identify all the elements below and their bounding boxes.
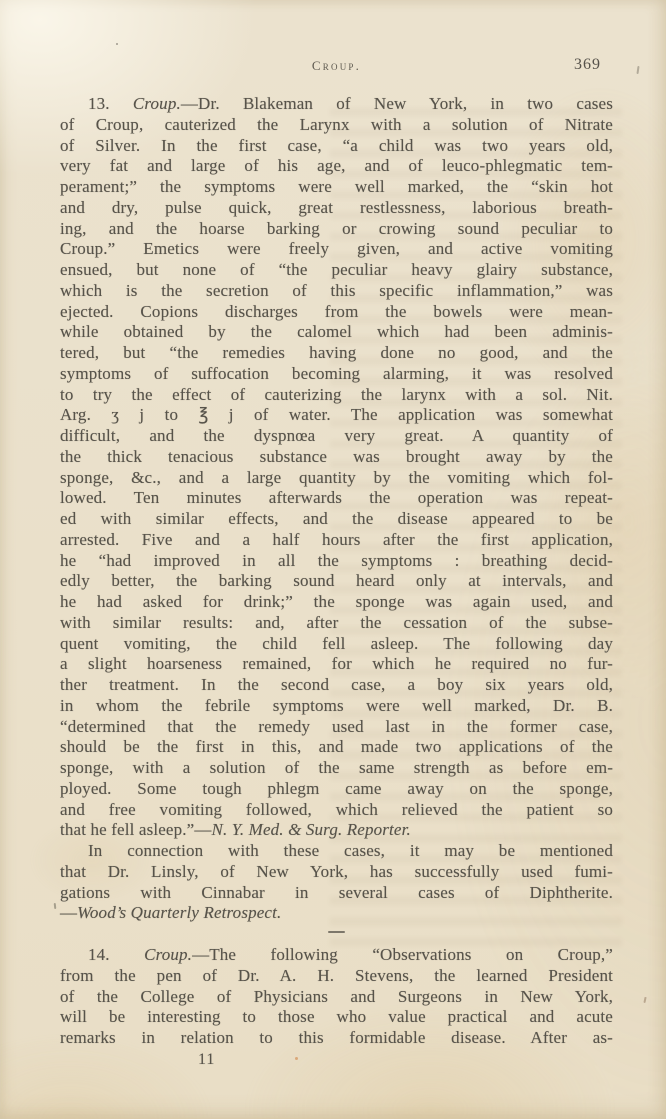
body-text: in whom the febrile symptoms were well m… [60,696,613,715]
text-line: from the pen of Dr. A. H. Stevens, the l… [60,966,613,987]
text-line: tered, but “the remedies having done no … [60,343,613,364]
text-line: of the College of Physicians and Surgeon… [60,987,613,1008]
paragraph: 13. Croup.—Dr. Blakeman of New York, in … [60,94,613,841]
italic-text: Croup. [133,94,181,113]
body-text: In connection with these cases, it may b… [88,841,613,860]
section-divider [328,931,345,933]
body-text: 13. [88,94,133,113]
body-text: perament;” the symptoms were well marked… [60,177,613,196]
paragraph: In connection with these cases, it may b… [60,841,613,924]
text-line: will be interesting to those who value p… [60,1007,613,1028]
body-text: gations with Cinnabar in several cases o… [60,883,613,902]
italic-text: Croup. [144,945,192,964]
body-text: which is the secretion of this specific … [60,281,613,300]
text-block: 13. Croup.—Dr. Blakeman of New York, in … [60,94,613,1071]
body-text: — [60,903,77,922]
text-line: ing, and the hoarse barking or crowing s… [60,219,613,240]
body-text: ed with similar effects, and the disease… [60,509,613,528]
body-text: ther treatment. In the second case, a bo… [60,675,613,694]
paragraph: 14. Croup.—The following “Observations o… [60,945,613,1049]
text-line: 14. Croup.—The following “Observations o… [60,945,613,966]
text-line: “determined that the remedy used last in… [60,717,613,738]
body-text: with similar results: and, after the ces… [60,613,613,632]
text-line: arrested. Five and a half hours after th… [60,530,613,551]
text-line: perament;” the symptoms were well marked… [60,177,613,198]
text-line: quent vomiting, the child fell asleep. T… [60,634,613,655]
text-line: which is the secretion of this specific … [60,281,613,302]
body-text: ensued, but none of “the peculiar heavy … [60,260,613,279]
text-line: In connection with these cases, it may b… [60,841,613,862]
text-line: in whom the febrile symptoms were well m… [60,696,613,717]
text-line: that Dr. Linsly, of New York, has succes… [60,862,613,883]
text-line: sponge, &c., and a large quantity by the… [60,468,613,489]
body-text: ployed. Some tough phlegm came away on t… [60,779,613,798]
body-text: “determined that the remedy used last in… [60,717,613,736]
text-line: ployed. Some tough phlegm came away on t… [60,779,613,800]
body-text: remarks in relation to this formidable d… [60,1028,613,1047]
body-text: of the College of Physicians and Surgeon… [60,987,613,1006]
text-line: Arg. ʒ j to ℥ j of water. The applicatio… [60,405,613,426]
text-line: gations with Cinnabar in several cases o… [60,883,613,904]
body-text: symptoms of suffocation becoming alarmin… [60,364,613,383]
text-line: Croup.” Emetics were freely given, and a… [60,239,613,260]
text-line: the thick tenacious substance was brough… [60,447,613,468]
body-text: of Silver. In the first case, “a child w… [60,136,613,155]
body-text: 14. [88,945,144,964]
body-text: Arg. ʒ j to ℥ j of water. The applicatio… [60,405,613,424]
text-line: and free vomiting followed, which reliev… [60,800,613,821]
running-title: CROUP. [60,58,613,74]
text-line: while obtained by the calomel which had … [60,322,613,343]
text-line: sponge, with a solution of the same stre… [60,758,613,779]
text-line: 13. Croup.—Dr. Blakeman of New York, in … [60,94,613,115]
text-line: ejected. Copions discharges from the bow… [60,302,613,323]
book-page: CROUP. 369 13. Croup.—Dr. Blakeman of Ne… [0,0,666,1119]
text-line: remarks in relation to this formidable d… [60,1028,613,1049]
text-line: he had asked for drink;” the sponge was … [60,592,613,613]
signature-mark: 11 [198,1050,613,1071]
body-text: should be the first in this, and made tw… [60,737,613,756]
body-text: of Croup, cauterized the Larynx with a s… [60,115,613,134]
text-line: very fat and large of his age, and of le… [60,156,613,177]
body-text: from the pen of Dr. A. H. Stevens, the l… [60,966,613,985]
body-text: edly better, the barking sound heard onl… [60,571,613,590]
body-text: sponge, &c., and a large quantity by the… [60,468,613,487]
text-line: to try the effect of cauterizing the lar… [60,385,613,406]
body-text: —The following “Observations on Croup,” [192,945,613,964]
body-text: —Dr. Blakeman of New York, in two cases [181,94,613,113]
body-text: ing, and the hoarse barking or crowing s… [60,219,613,238]
text-line: that he fell asleep.”—N. Y. Med. & Surg.… [60,820,613,841]
body-text: and free vomiting followed, which reliev… [60,800,613,819]
text-line: he “had improved in all the symptoms : b… [60,551,613,572]
ink-speck [643,997,646,1003]
body-text: very fat and large of his age, and of le… [60,156,613,175]
ink-speck [116,43,118,45]
text-line: symptoms of suffocation becoming alarmin… [60,364,613,385]
text-line: lowed. Ten minutes afterwards the operat… [60,488,613,509]
text-line: ensued, but none of “the peculiar heavy … [60,260,613,281]
body-text: he had asked for drink;” the sponge was … [60,592,613,611]
italic-text: Wood’s Quarterly Retrospect. [77,903,281,922]
body-text: that he fell asleep.”— [60,820,212,839]
body-text: that Dr. Linsly, of New York, has succes… [60,862,613,881]
body-text: difficult, and the dyspnœa very great. A… [60,426,613,445]
body-text: the thick tenacious substance was brough… [60,447,613,466]
page-number: 369 [574,56,601,74]
body-text: he “had improved in all the symptoms : b… [60,551,613,570]
body-text: while obtained by the calomel which had … [60,322,613,341]
text-line: ed with similar effects, and the disease… [60,509,613,530]
text-line: ther treatment. In the second case, a bo… [60,675,613,696]
text-line: of Croup, cauterized the Larynx with a s… [60,115,613,136]
body-text: will be interesting to those who value p… [60,1007,613,1026]
body-text: sponge, with a solution of the same stre… [60,758,613,777]
body-text: Croup.” Emetics were freely given, and a… [60,239,613,258]
ink-speck [636,66,639,74]
body-text: quent vomiting, the child fell asleep. T… [60,634,613,653]
body-text: ejected. Copions discharges from the bow… [60,302,613,321]
text-line: of Silver. In the first case, “a child w… [60,136,613,157]
page-header: CROUP. 369 [60,58,613,80]
body-text: to try the effect of cauterizing the lar… [60,385,613,404]
text-line: with similar results: and, after the ces… [60,613,613,634]
body-text: arrested. Five and a half hours after th… [60,530,613,549]
body-text: tered, but “the remedies having done no … [60,343,613,362]
text-line: should be the first in this, and made tw… [60,737,613,758]
italic-text: N. Y. Med. & Surg. Reporter. [212,820,411,839]
body-text: lowed. Ten minutes afterwards the operat… [60,488,613,507]
body-text: and dry, pulse quick, great restlessness… [60,198,613,217]
text-line: —Wood’s Quarterly Retrospect. [60,903,613,924]
text-line: difficult, and the dyspnœa very great. A… [60,426,613,447]
text-line: edly better, the barking sound heard onl… [60,571,613,592]
text-line: and dry, pulse quick, great restlessness… [60,198,613,219]
ink-speck [54,903,57,909]
body-text: a slight hoarseness remained, for which … [60,654,613,673]
text-line: a slight hoarseness remained, for which … [60,654,613,675]
